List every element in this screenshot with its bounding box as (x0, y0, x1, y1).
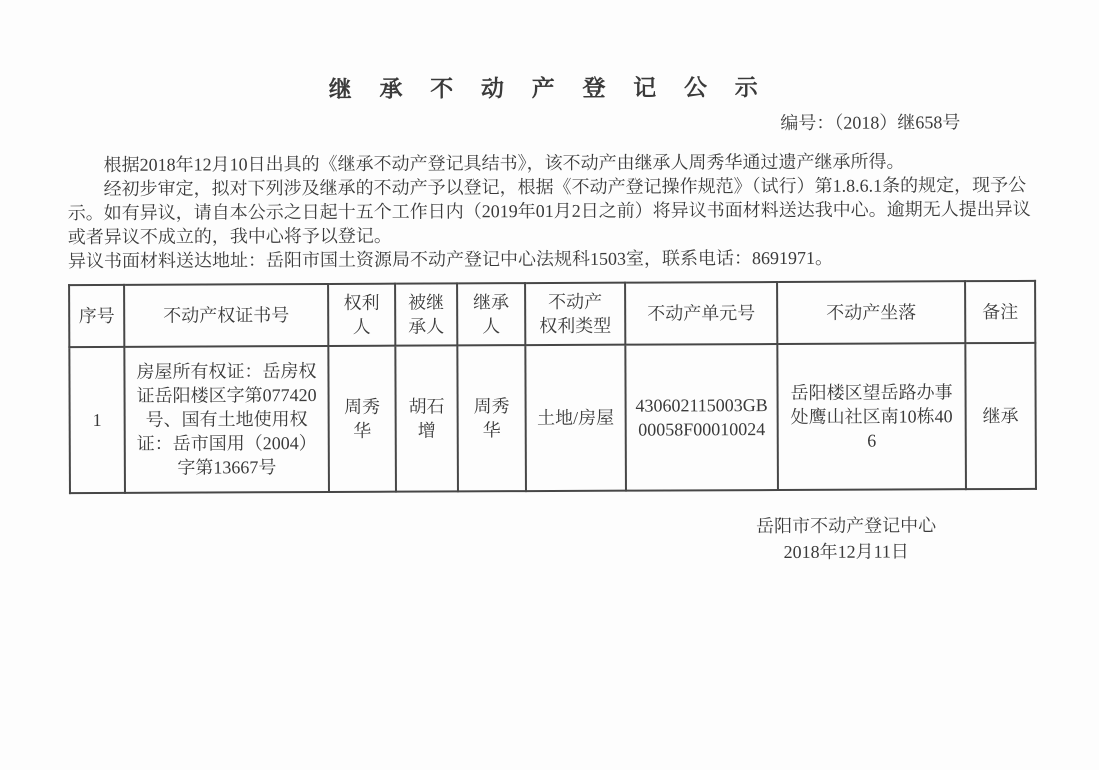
cell-remark: 继承 (965, 343, 1036, 489)
column-header-cert-no: 不动产权证书号 (124, 284, 328, 347)
column-header-unit-no: 不动产单元号 (625, 282, 777, 345)
cell-decedent: 胡石增 (395, 345, 458, 491)
cell-right-holder: 周秀华 (328, 346, 396, 492)
scanned-notice-page: 继 承 不 动 产 登 记 公 示 编号：（2018）继658号 根据2018年… (0, 0, 1099, 770)
table-header-row: 序号 不动产权证书号 权利人 被继 承人 继承人 不动产 权利类型 不动产单元号… (69, 281, 1035, 347)
cell-location: 岳阳楼区望岳路办事处鹰山社区南10栋406 (777, 343, 966, 490)
paragraph-review-objection: 经初步审定，拟对下列涉及继承的不动产予以登记，根据《不动产登记操作规范》（试行）… (68, 173, 1035, 249)
document-content: 继 承 不 动 产 登 记 公 示 编号：（2018）继658号 根据2018年… (0, 68, 1099, 569)
column-header-right-holder: 权利人 (328, 284, 395, 346)
page-title: 继 承 不 动 产 登 记 公 示 (0, 68, 1098, 106)
column-header-right-type: 不动产 权利类型 (525, 283, 625, 345)
cell-unit-no: 430602115003GB00058F00010024 (625, 344, 778, 491)
signature-date: 2018年12月11日 (696, 538, 996, 565)
paragraph-contact: 异议书面材料送达地址：岳阳市国土资源局不动产登记中心法规科1503室，联系电话：… (68, 245, 1035, 273)
cell-heir: 周秀华 (457, 345, 526, 491)
table-row: 1 房屋所有权证：岳房权证岳阳楼区字第077420号、国有土地使用权证：岳市国用… (69, 343, 1036, 493)
column-header-remark: 备注 (965, 281, 1035, 343)
cell-cert-no: 房屋所有权证：岳房权证岳阳楼区字第077420号、国有土地使用权证：岳市国用（2… (124, 346, 329, 493)
document-number: 编号：（2018）继658号 (0, 108, 1098, 139)
registration-table: 序号 不动产权证书号 权利人 被继 承人 继承人 不动产 权利类型 不动产单元号… (68, 280, 1037, 494)
cell-right-type: 土地/房屋 (525, 345, 626, 491)
column-header-decedent: 被继 承人 (395, 283, 457, 345)
column-header-location: 不动产坐落 (777, 281, 965, 344)
column-header-seq: 序号 (69, 285, 124, 347)
cell-seq: 1 (69, 347, 125, 493)
column-header-heir: 继承人 (457, 283, 525, 345)
notice-body: 根据2018年12月10日出具的《继承不动产登记具结书》，该不动产由继承人周秀华… (67, 149, 1035, 273)
signature-org: 岳阳市不动产登记中心 (696, 512, 996, 539)
signature-block: 岳阳市不动产登记中心 2018年12月11日 (696, 512, 996, 565)
